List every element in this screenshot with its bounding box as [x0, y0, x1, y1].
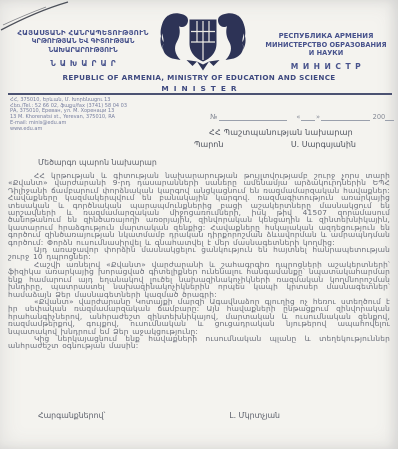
date-year-blank	[385, 113, 394, 121]
armenian-ministry-line2: ՆԱԽԱՐԱՐՈՒԹՅՈՒՆ	[8, 46, 158, 55]
russian-republic-line: РЕСПУБЛИКА АРМЕНИЯ	[258, 31, 394, 41]
date-month-blank	[321, 113, 370, 121]
recipient-name-line: Պարոն Ս. Սարգսյանին	[192, 140, 370, 149]
contact-block: ՀՀ, 375010, Երևան, Մ. Խորենացու 13 Հեռ./…	[10, 98, 127, 132]
recipient-block: ՀՀ Պաշտպանության նախարար Պարոն Ս. Սարգսյ…	[192, 128, 370, 149]
recipient-position: ՀՀ Պաշտպանության նախարար	[192, 128, 370, 137]
date-day-blank	[301, 113, 315, 121]
paragraph-1: ՀՀ կրթության և գիտության նախարարության թ…	[8, 172, 390, 246]
russian-minister-line: МИНИСТР	[258, 62, 394, 71]
paragraph-2: Այդ առաջավոր փորձին մասնակցելու ցանկությ…	[8, 246, 390, 261]
number-sign: №	[210, 113, 217, 121]
signature-block: Հարգանքներով՝ Լ. Մկրտչյան	[38, 411, 280, 420]
letterhead-russian-block: РЕСПУБЛИКА АРМЕНИЯ МИНИСТЕРСТВО ОБРАЗОВА…	[258, 31, 394, 71]
english-minister-line: MINISTER	[0, 84, 398, 93]
number-blank	[219, 113, 287, 121]
armenian-ministry-line1: ԿՐԹՈՒԹՅԱՆ ԵՎ ԳԻՏՈՒԹՅԱՆ	[8, 37, 158, 46]
salutation: Մեծարգո պարոն նախարար	[38, 158, 157, 167]
armenian-minister-line: ՆԱԽԱՐԱՐ	[8, 59, 158, 68]
armenia-coat-of-arms-icon	[158, 9, 248, 72]
closing-phrase: Հարգանքներով՝	[38, 411, 105, 420]
armenian-republic-line: ՀԱՅԱՍՏԱՆԻ ՀԱՆՐԱՊԵՏՈՒԹՅՈՒՆ	[8, 28, 158, 37]
paragraph-5: Կից ներկայացնում ենք հավաքների ուսումնակ…	[8, 335, 390, 350]
letter-body: ՀՀ կրթության և գիտության նախարարության թ…	[8, 172, 390, 350]
date-quote-open: «	[296, 113, 300, 121]
contact-website: www.edu.am	[10, 127, 127, 133]
english-ministry-line: REPUBLIC OF ARMENIA, MINISTRY OF EDUCATI…	[0, 73, 398, 82]
letterhead-armenian-block: ՀԱՅԱՍՏԱՆԻ ՀԱՆՐԱՊԵՏՈՒԹՅՈՒՆ ԿՐԹՈՒԹՅԱՆ ԵՎ Գ…	[8, 28, 158, 68]
paragraph-4: «Քվանտ» վարժարանը Կոտայքի մարզի Ագավնաձո…	[8, 298, 390, 335]
letterhead-divider	[8, 93, 392, 95]
letterhead-english-block: REPUBLIC OF ARMENIA, MINISTRY OF EDUCATI…	[0, 73, 398, 93]
paragraph-3: Հաշվի առնելով «Քվանտ» վարժարանի և շահագր…	[8, 261, 390, 298]
russian-ministry-line1: МИНИСТЕРСТВО ОБРАЗОВАНИЯ	[258, 41, 394, 49]
date-year-prefix: 200	[373, 113, 386, 121]
signer-name: Լ. Մկրտչյան	[229, 411, 280, 420]
reference-line: № « » 200	[210, 113, 394, 121]
scanned-official-letter: ՀԱՅԱՍՏԱՆԻ ՀԱՆՐԱՊԵՏՈՒԹՅՈՒՆ ԿՐԹՈՒԹՅԱՆ ԵՎ Գ…	[0, 0, 398, 449]
date-quote-close: »	[316, 113, 320, 121]
recipient-name: Ս. Սարգսյանին	[291, 140, 356, 149]
recipient-title: Պարոն	[194, 140, 223, 149]
russian-ministry-line2: И НАУКИ	[258, 49, 394, 57]
